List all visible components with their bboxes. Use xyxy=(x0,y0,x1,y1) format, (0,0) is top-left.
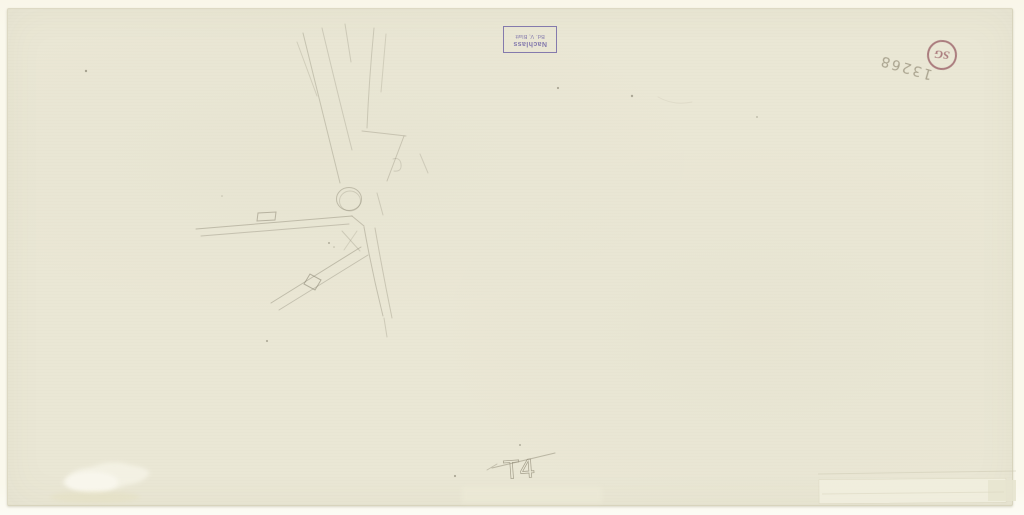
scan-background: T4 Nachlass Bd. V, Blatt SG 13268 xyxy=(0,0,1024,515)
inventory-number-text: 13268 xyxy=(878,52,935,82)
estate-stamp-line2: Bd. V, Blatt xyxy=(515,32,544,38)
estate-stamp: Nachlass Bd. V, Blatt xyxy=(503,26,557,53)
estate-stamp-line1: Nachlass xyxy=(513,39,547,47)
paper-verso xyxy=(7,8,1013,506)
